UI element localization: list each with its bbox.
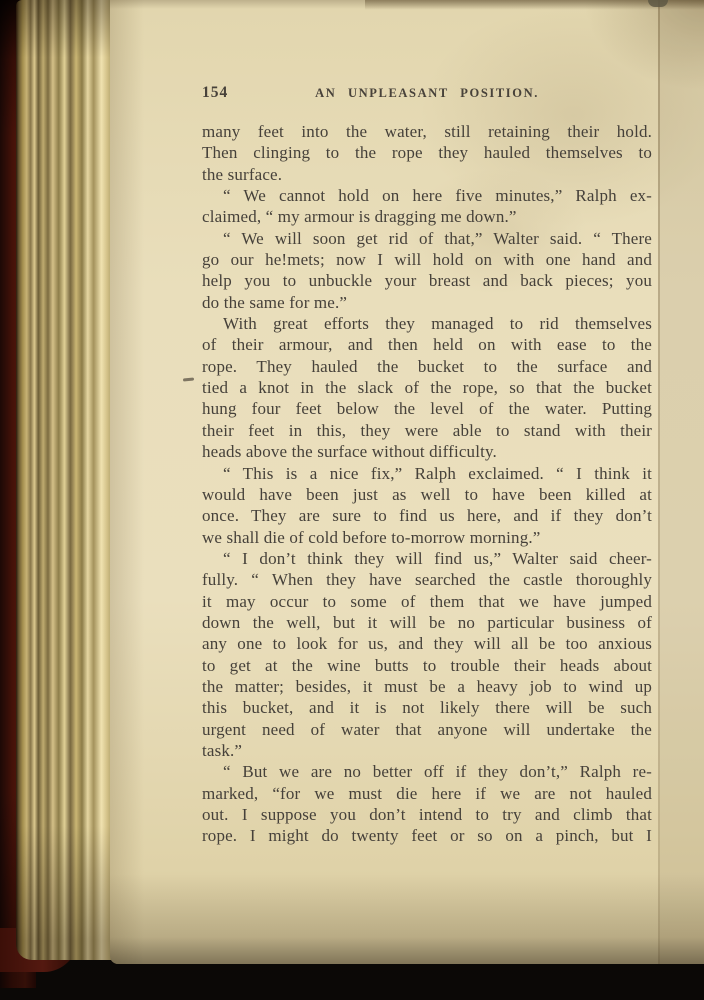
book-page: 154 AN UNPLEASANT POSITION. many feet in… [110,0,704,964]
page-header: 154 AN UNPLEASANT POSITION. [202,83,652,121]
running-title: AN UNPLEASANT POSITION. [315,86,539,101]
text-line: fully. “ When they have searched the cas… [202,569,652,590]
page-crease-line [658,0,660,964]
text-line: once. They are sure to find us here, and… [202,505,652,526]
text-line: to get at the wine butts to trouble thei… [202,655,652,676]
text-line: we shall die of cold before to-morrow mo… [202,527,652,548]
text-column: 154 AN UNPLEASANT POSITION. many feet in… [202,83,652,847]
text-line: rope. I might do twenty feet or so on a … [202,825,652,846]
text-line: With great efforts they managed to rid t… [202,313,652,334]
text-line: urgent need of water that anyone will un… [202,719,652,740]
text-line: “ We will soon get rid of that,” Walter … [202,228,652,249]
text-line: “ I don’t think they will find us,” Walt… [202,548,652,569]
text-line: heads above the surface without difficul… [202,441,652,462]
page-number: 154 [202,84,228,102]
text-line: go our he!mets; now I will hold on with … [202,249,652,270]
text-line: hung four feet below the level of the wa… [202,398,652,419]
text-line: their feet in this, they were able to st… [202,420,652,441]
page-bottom-shadow [110,874,704,964]
text-line: the surface. [202,164,652,185]
margin-pencil-mark [183,377,194,381]
text-line: rope. They hauled the bucket to the surf… [202,356,652,377]
text-line: any one to look for us, and they will al… [202,633,652,654]
text-line: the matter; besides, it must be a heavy … [202,676,652,697]
text-line: help you to unbuckle your breast and bac… [202,270,652,291]
text-line: “ We cannot hold on here five minutes,” … [202,185,652,206]
text-line: tied a knot in the slack of the rope, so… [202,377,652,398]
page-right-margin-shade [660,0,704,964]
text-line: marked, “for we must die here if we are … [202,783,652,804]
text-line: do the same for me.” [202,292,652,313]
page-edges-stack [16,0,113,960]
text-body: many feet into the water, still retainin… [202,121,652,847]
text-line: down the well, but it will be no particu… [202,612,652,633]
book-photo: { "page": { "header": { "page_number": "… [0,0,704,1000]
text-line: many feet into the water, still retainin… [202,121,652,142]
text-line: this bucket, and it is not likely there … [202,697,652,718]
text-line: claimed, “ my armour is dragging me down… [202,206,652,227]
text-line: Then clinging to the rope they hauled th… [202,142,652,163]
text-line: out. I suppose you don’t intend to try a… [202,804,652,825]
text-line: “ This is a nice fix,” Ralph exclaimed. … [202,463,652,484]
text-line: task.” [202,740,652,761]
text-line: would have been just as well to have bee… [202,484,652,505]
text-line: of their armour, and then held on with e… [202,334,652,355]
text-line: it may occur to some of them that we hav… [202,591,652,612]
text-line: “ But we are no better off if they don’t… [202,761,652,782]
